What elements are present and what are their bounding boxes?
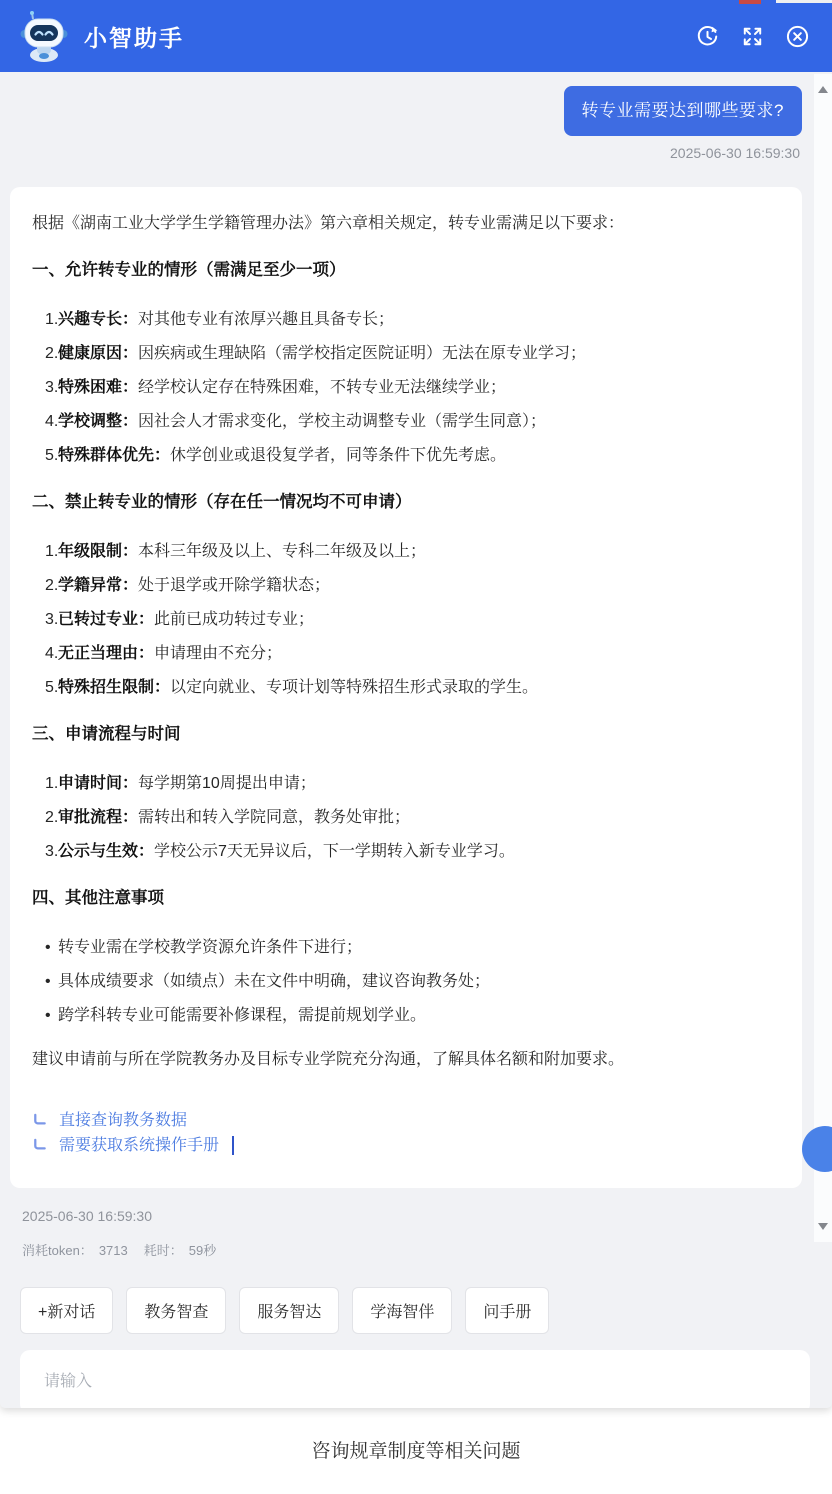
list-item-body: 具体成绩要求（如绩点）未在文件中明确，建议咨询教务处； — [58, 973, 490, 990]
list-item-text: 健康原因：因疾病或生理缺陷（需学校指定医院证明）无法在原专业学习； — [58, 341, 780, 367]
list-item-marker: 1. — [32, 307, 58, 333]
screen-artifact-red — [739, 0, 761, 4]
chat-scroll-area: 转专业需要达到哪些要求? 2025-06-30 16:59:30 根据《湖南工业… — [0, 86, 832, 1259]
assistant-section: 二、禁止转专业的情形（存在任一情况均不可申请） 1. 年级限制：本科三年级及以上… — [32, 489, 780, 701]
quick-action-button[interactable]: 教务智查 — [126, 1287, 226, 1334]
list-item-marker: 2. — [32, 805, 58, 831]
list-item-body: 经学校认定存在特殊困难，不转专业无法继续学业； — [138, 379, 506, 396]
list-item-term: 健康原因： — [58, 345, 138, 362]
list-item-body: 此前已成功转过专业； — [154, 611, 314, 628]
list-item-body: 以定向就业、专项计划等特殊招生形式录取的学生。 — [170, 679, 538, 696]
assistant-closing-text: 建议申请前与所在学院教务办及目标专业学院充分沟通，了解具体名额和附加要求。 — [32, 1047, 780, 1073]
list-item-body: 跨学科转专业可能需要补修课程，需提前规划学业。 — [58, 1007, 426, 1024]
assistant-section: 四、其他注意事项 • 转专业需在学校教学资源允许条件下进行； — [32, 885, 780, 1029]
quick-action-button[interactable]: 问手册 — [465, 1287, 549, 1334]
list-item-marker: 3. — [32, 839, 58, 865]
list-item-term: 学校调整： — [58, 413, 138, 430]
duration-label: 耗时： — [144, 1243, 183, 1258]
list-item-term: 审批流程： — [58, 809, 138, 826]
suggestion-links: 直接查询教务数据 需要获取系统操作手册 — [32, 1108, 780, 1158]
list-item: 4. 无正当理由：申请理由不充分； — [32, 641, 780, 667]
screen-artifact-white — [776, 0, 832, 3]
section-item-list: 1. 兴趣专长：对其他专业有浓厚兴趣且具备专长； 2. 健康原因：因疾病或生理缺… — [32, 307, 780, 469]
list-item: 2. 审批流程：需转出和转入学院同意，教务处审批； — [32, 805, 780, 831]
list-item-text: 审批流程：需转出和转入学院同意，教务处审批； — [58, 805, 780, 831]
close-icon[interactable] — [785, 24, 810, 49]
list-item-term: 兴趣专长： — [58, 311, 138, 328]
list-item-text: 特殊困难：经学校认定存在特殊困难，不转专业无法继续学业； — [58, 375, 780, 401]
list-item-term: 特殊招生限制： — [58, 679, 170, 696]
history-icon[interactable] — [695, 24, 720, 49]
list-item-body: 每学期第10周提出申请； — [138, 775, 316, 792]
list-item-term: 公示与生效： — [58, 843, 154, 860]
scroll-down-icon[interactable] — [818, 1223, 828, 1230]
suggestion-link-label: 需要获取系统操作手册 — [59, 1133, 219, 1158]
scroll-up-icon[interactable] — [818, 86, 828, 93]
list-item-body: 因疾病或生理缺陷（需学校指定医院证明）无法在原专业学习； — [138, 345, 586, 362]
user-message-bubble: 转专业需要达到哪些要求? — [564, 86, 802, 136]
list-item: 5. 特殊招生限制：以定向就业、专项计划等特殊招生形式录取的学生。 — [32, 675, 780, 701]
list-item-marker: 3. — [32, 375, 58, 401]
suggestion-link[interactable]: 直接查询教务数据 — [32, 1108, 780, 1133]
list-item-body: 申请理由不充分； — [154, 645, 282, 662]
section-item-list: 1. 年级限制：本科三年级及以上、专科二年级及以上； 2. 学籍异常：处于退学或… — [32, 539, 780, 701]
list-item-term: 申请时间： — [58, 775, 138, 792]
list-item: • 跨学科转专业可能需要补修课程，需提前规划学业。 — [32, 1003, 780, 1029]
widget-title: 小智助手 — [84, 20, 184, 53]
list-item-text: 特殊招生限制：以定向就业、专项计划等特殊招生形式录取的学生。 — [58, 675, 780, 701]
list-item-body: 学校公示7天无异议后，下一学期转入新专业学习。 — [154, 843, 515, 860]
list-item: 1. 申请时间：每学期第10周提出申请； — [32, 771, 780, 797]
list-item-body: 因社会人才需求变化，学校主动调整专业（需学生同意）； — [138, 413, 546, 430]
section-item-list: • 转专业需在学校教学资源允许条件下进行； • 具体成绩要求（如绩点）未在文件中… — [32, 935, 780, 1029]
message-input[interactable] — [20, 1350, 810, 1408]
section-heading: 二、禁止转专业的情形（存在任一情况均不可申请） — [32, 489, 780, 515]
section-heading: 一、允许转专业的情形（需满足至少一项） — [32, 257, 780, 283]
section-item-list: 1. 申请时间：每学期第10周提出申请； 2. 审批流程：需转出和转入学院同意，… — [32, 771, 780, 865]
list-item-marker: 4. — [32, 641, 58, 667]
list-item: 5. 特殊群体优先：休学创业或退役复学者，同等条件下优先考虑。 — [32, 443, 780, 469]
list-item-marker: 5. — [32, 675, 58, 701]
quick-action-bar: +新对话 教务智查 服务智达 学海智伴 问手册 — [20, 1287, 832, 1334]
list-item-marker: • — [32, 1003, 58, 1029]
list-item-text: 学校调整：因社会人才需求变化，学校主动调整专业（需学生同意）； — [58, 409, 780, 435]
list-item: 4. 学校调整：因社会人才需求变化，学校主动调整专业（需学生同意）； — [32, 409, 780, 435]
page-caption: 咨询规章制度等相关问题 — [0, 1438, 832, 1466]
list-item-text: 转专业需在学校教学资源允许条件下进行； — [58, 935, 780, 961]
list-item-text: 公示与生效：学校公示7天无异议后，下一学期转入新专业学习。 — [58, 839, 780, 865]
list-item: • 具体成绩要求（如绩点）未在文件中明确，建议咨询教务处； — [32, 969, 780, 995]
chat-widget-panel: 小智助手 转专业需要达到哪些要求? — [0, 0, 832, 1408]
suggestion-link-label: 直接查询教务数据 — [59, 1108, 187, 1133]
text-caret — [232, 1136, 234, 1155]
widget-header: 小智助手 — [0, 0, 832, 72]
list-item-text: 无正当理由：申请理由不充分； — [58, 641, 780, 667]
list-item-marker: 3. — [32, 607, 58, 633]
quick-action-button[interactable]: 学海智伴 — [352, 1287, 452, 1334]
assistant-message-card: 根据《湖南工业大学学生学籍管理办法》第六章相关规定，转专业需满足以下要求： 一、… — [10, 187, 802, 1188]
list-item: 3. 公示与生效：学校公示7天无异议后，下一学期转入新专业学习。 — [32, 839, 780, 865]
list-item-body: 转专业需在学校教学资源允许条件下进行； — [58, 939, 362, 956]
list-item-term: 特殊群体优先： — [58, 447, 170, 464]
list-item-text: 具体成绩要求（如绩点）未在文件中明确，建议咨询教务处； — [58, 969, 780, 995]
list-item-body: 休学创业或退役复学者，同等条件下优先考虑。 — [170, 447, 506, 464]
list-item: 2. 学籍异常：处于退学或开除学籍状态； — [32, 573, 780, 599]
header-icon-group — [695, 24, 810, 49]
list-item: 2. 健康原因：因疾病或生理缺陷（需学校指定医院证明）无法在原专业学习； — [32, 341, 780, 367]
list-item: 1. 兴趣专长：对其他专业有浓厚兴趣且具备专长； — [32, 307, 780, 333]
list-item-body: 处于退学或开除学籍状态； — [138, 577, 330, 594]
list-item-marker: 2. — [32, 341, 58, 367]
list-item-text: 已转过专业：此前已成功转过专业； — [58, 607, 780, 633]
user-message-timestamp: 2025-06-30 16:59:30 — [10, 145, 802, 161]
list-item-marker: 1. — [32, 771, 58, 797]
list-item-term: 年级限制： — [58, 543, 138, 560]
list-item-marker: 2. — [32, 573, 58, 599]
list-item: 3. 已转过专业：此前已成功转过专业； — [32, 607, 780, 633]
token-usage-label: 消耗token： — [22, 1243, 93, 1258]
assistant-section: 三、申请流程与时间 1. 申请时间：每学期第10周提出申请； — [32, 721, 780, 865]
list-item-term: 已转过专业： — [58, 611, 154, 628]
branch-arrow-icon — [32, 1138, 47, 1153]
list-item-marker: 5. — [32, 443, 58, 469]
expand-icon[interactable] — [740, 24, 765, 49]
branch-arrow-icon — [32, 1113, 47, 1128]
list-item-body: 对其他专业有浓厚兴趣且具备专长； — [138, 311, 394, 328]
list-item-marker: 4. — [32, 409, 58, 435]
quick-action-button[interactable]: +新对话 — [20, 1287, 113, 1334]
assistant-intro-text: 根据《湖南工业大学学生学籍管理办法》第六章相关规定，转专业需满足以下要求： — [32, 211, 780, 237]
token-usage-value: 3713 — [99, 1243, 128, 1258]
list-item-term: 无正当理由： — [58, 645, 154, 662]
list-item-text: 年级限制：本科三年级及以上、专科二年级及以上； — [58, 539, 780, 565]
message-meta-line: 消耗token：3713耗时：59秒 — [22, 1240, 802, 1259]
list-item-marker: • — [32, 969, 58, 995]
list-item: 3. 特殊困难：经学校认定存在特殊困难，不转专业无法继续学业； — [32, 375, 780, 401]
scrollbar-track[interactable] — [814, 74, 832, 1242]
list-item-marker: 1. — [32, 539, 58, 565]
list-item-text: 特殊群体优先：休学创业或退役复学者，同等条件下优先考虑。 — [58, 443, 780, 469]
message-input-container — [20, 1350, 810, 1408]
list-item-text: 兴趣专长：对其他专业有浓厚兴趣且具备专长； — [58, 307, 780, 333]
list-item-text: 跨学科转专业可能需要补修课程，需提前规划学业。 — [58, 1003, 780, 1029]
assistant-message-timestamp: 2025-06-30 16:59:30 — [22, 1208, 802, 1224]
list-item-body: 本科三年级及以上、专科二年级及以上； — [138, 543, 426, 560]
section-heading: 四、其他注意事项 — [32, 885, 780, 911]
list-item-term: 特殊困难： — [58, 379, 138, 396]
list-item-marker: • — [32, 935, 58, 961]
robot-avatar-icon — [18, 10, 70, 62]
assistant-section: 一、允许转专业的情形（需满足至少一项） 1. 兴趣专长：对其他专业有浓厚兴趣且具… — [32, 257, 780, 469]
list-item-term: 学籍异常： — [58, 577, 138, 594]
list-item: • 转专业需在学校教学资源允许条件下进行； — [32, 935, 780, 961]
list-item-text: 学籍异常：处于退学或开除学籍状态； — [58, 573, 780, 599]
quick-action-button[interactable]: 服务智达 — [239, 1287, 339, 1334]
list-item-body: 需转出和转入学院同意，教务处审批； — [138, 809, 410, 826]
duration-value: 59秒 — [189, 1243, 216, 1258]
list-item-text: 申请时间：每学期第10周提出申请； — [58, 771, 780, 797]
user-message-row: 转专业需要达到哪些要求? — [10, 86, 802, 136]
list-item: 1. 年级限制：本科三年级及以上、专科二年级及以上； — [32, 539, 780, 565]
screen: 小智助手 转专业需要达到哪些要求? — [0, 0, 832, 1494]
assistant-sections: 一、允许转专业的情形（需满足至少一项） 1. 兴趣专长：对其他专业有浓厚兴趣且具… — [32, 257, 780, 1029]
section-heading: 三、申请流程与时间 — [32, 721, 780, 747]
suggestion-link[interactable]: 需要获取系统操作手册 — [32, 1133, 780, 1158]
